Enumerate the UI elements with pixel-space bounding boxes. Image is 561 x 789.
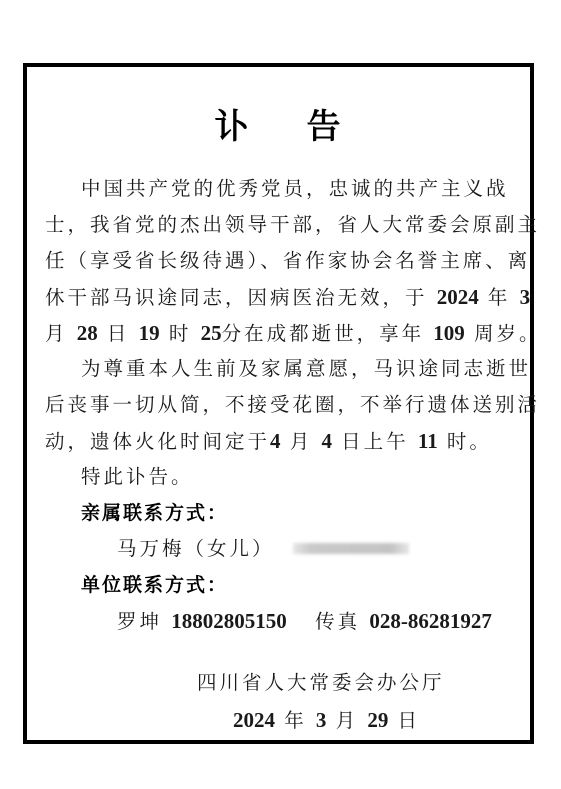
paragraph1-line5: 月 28 日 19 时 25分在成都逝世，享年 109 周岁。 [45, 319, 542, 348]
paragraph2-line1: 为尊重本人生前及家属意愿，马识途同志逝世 [81, 355, 531, 383]
closing-text: 特此讣告。 [81, 463, 194, 491]
death-year: 2024 [437, 285, 479, 309]
contact-phone: 18802805150 [171, 609, 287, 633]
paragraph1-line4: 休干部马识途同志，因病医治无效，于 2024 年 3 [45, 283, 530, 312]
signature-year: 2024 [233, 708, 275, 732]
cremation-hour: 11 [418, 429, 438, 453]
death-minute: 25 [201, 321, 222, 345]
line4-text: 休干部马识途同志，因病医治无效，于 [45, 286, 428, 309]
signature-year-unit: 年 [284, 709, 307, 732]
signature-day-unit: 日 [398, 709, 421, 732]
day-unit: 日 [107, 322, 130, 345]
fax-label: 传真 [315, 610, 360, 633]
family-contact-name: 马万梅（女儿） [117, 535, 275, 563]
redacted-phone [293, 543, 409, 554]
title-char-1: 讣 [215, 107, 251, 147]
cremation-day: 4 [321, 429, 332, 453]
cremation-text: 动，遗体火化时间定于 [45, 430, 270, 453]
death-hour: 19 [139, 321, 160, 345]
year-unit: 年 [488, 286, 511, 309]
notice-title: 讣告 [27, 99, 530, 148]
minute-text: 分在成都逝世，享年 [222, 322, 425, 345]
death-day: 28 [77, 321, 98, 345]
unit-contact-line: 罗坤 18802805150 传真 028-86281927 [117, 607, 492, 636]
signature-month: 3 [316, 708, 327, 732]
cremation-month: 4 [270, 429, 281, 453]
signature-organization: 四川省人大常委会办公厅 [197, 667, 445, 695]
fax-number: 028-86281927 [369, 609, 492, 633]
unit-contact-heading: 单位联系方式： [81, 571, 228, 599]
paragraph2-line3: 动，遗体火化时间定于4 月 4 日上午 11 时。 [45, 427, 492, 456]
signature-date: 2024 年 3 月 29 日 [233, 705, 420, 733]
cremation-hour-text: 时。 [447, 430, 492, 453]
paragraph1-line3: 任（享受省长级待遇）、省作家协会名誉主席、离 [45, 247, 530, 275]
paragraph1-line1: 中国共产党的优秀党员，忠诚的共产主义战 [81, 175, 509, 203]
paragraph2-line2: 后丧事一切从简，不接受花圈，不举行遗体送别活 [45, 391, 540, 419]
family-contact-heading: 亲属联系方式： [81, 499, 228, 527]
obituary-frame: 讣告 中国共产党的优秀党员，忠诚的共产主义战 士，我省党的杰出领导干部，省人大常… [23, 63, 534, 744]
title-char-2: 告 [307, 107, 343, 147]
age-text: 周岁。 [474, 322, 542, 345]
signature-day: 29 [367, 708, 388, 732]
age: 109 [433, 321, 465, 345]
signature-month-unit: 月 [336, 709, 359, 732]
month-unit: 月 [45, 322, 68, 345]
death-month: 3 [520, 285, 531, 309]
cremation-month-unit: 月 [290, 430, 313, 453]
cremation-day-text: 日上午 [341, 430, 409, 453]
paragraph1-line2: 士，我省党的杰出领导干部，省人大常委会原副主 [45, 211, 540, 239]
contact-person: 罗坤 [117, 610, 162, 633]
hour-unit: 时 [169, 322, 192, 345]
